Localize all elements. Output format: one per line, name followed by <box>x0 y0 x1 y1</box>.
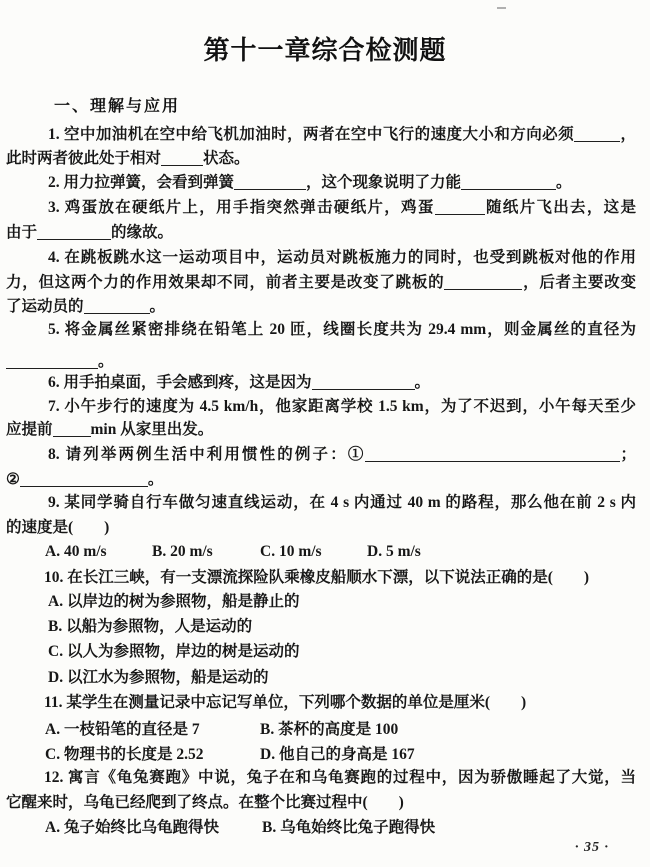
option-item: C. 物理书的长度是 2.52 <box>45 743 203 767</box>
text-segment: 。 <box>556 174 572 191</box>
text-segment: 10. 在长江三峡，有一支漂流探险队乘橡皮船顺水下漂，以下说法正确的是( ) <box>44 569 589 586</box>
option-item: A. 一枝铅笔的直径是 7 <box>45 718 200 742</box>
answer-blank <box>161 163 203 166</box>
text-segment: 由于 <box>6 224 37 241</box>
option-item: A. 40 m/s <box>45 540 107 564</box>
text-line: 2. 用力拉弹簧，会看到弹簧，这个现象说明了力能。 <box>48 171 636 195</box>
text-segment: 2. 用力拉弹簧，会看到弹簧 <box>48 174 234 191</box>
text-line: C. 以人为参照物，岸边的树是运动的 <box>48 640 636 664</box>
option-item: D. 他自己的身高是 167 <box>260 743 415 767</box>
text-line: 4. 在跳板跳水这一运动项目中，运动员对跳板施力的同时，也受到跳板对他的作用 <box>48 246 636 270</box>
text-line: 1. 空中加油机在空中给飞机加油时，两者在空中飞行的速度大小和方向必须， <box>48 123 636 147</box>
text-segment: 应提前 <box>6 421 53 438</box>
text-segment: 力，但这两个力的作用效果却不同，前者主要是改变了跳板的 <box>6 274 444 291</box>
text-line: 的速度是( ) <box>6 516 636 540</box>
text-segment: 4. 在跳板跳水这一运动项目中，运动员对跳板施力的同时，也受到跳板对他的作用 <box>48 249 636 266</box>
scan-artifact-mark <box>497 7 506 9</box>
option-row: A. 一枝铅笔的直径是 7B. 茶杯的高度是 100 <box>0 718 650 742</box>
text-line: 11. 某学生在测量记录中忘记写单位，下列哪个数据的单位是厘米( ) <box>44 691 636 715</box>
text-segment: C. 以人为参照物，岸边的树是运动的 <box>48 643 299 660</box>
text-segment: ，后者主要改变 <box>522 274 636 291</box>
text-segment: 8. 请列举两例生活中利用惯性的例子：① <box>48 446 365 463</box>
text-segment: 。 <box>148 471 164 488</box>
text-segment: ； <box>620 446 636 463</box>
option-item: A. 兔子始终比乌龟跑得快 <box>45 816 219 840</box>
option-item: B. 乌龟始终比兔子跑得快 <box>262 816 435 840</box>
text-segment: 。 <box>98 353 114 370</box>
text-line: 9. 某同学骑自行车做匀速直线运动，在 4 s 内通过 40 m 的路程，那么他… <box>48 491 636 515</box>
text-segment: 状态。 <box>203 150 250 167</box>
text-segment: 随纸片飞出去，这是 <box>485 199 636 216</box>
text-line: ②。 <box>6 468 636 492</box>
text-line: 它醒来时，乌龟已经爬到了终点。在整个比赛过程中( ) <box>6 791 636 815</box>
option-item: D. 5 m/s <box>367 540 421 564</box>
text-line: 力，但这两个力的作用效果却不同，前者主要是改变了跳板的，后者主要改变 <box>6 271 636 295</box>
text-segment: 了运动员的 <box>6 298 84 315</box>
text-segment: A. 以岸边的树为参照物，船是静止的 <box>48 593 299 610</box>
answer-blank <box>234 187 306 190</box>
text-line: 3. 鸡蛋放在硬纸片上，用手指突然弹击硬纸片，鸡蛋随纸片飞出去，这是 <box>48 196 636 220</box>
text-line: 应提前min 从家里出发。 <box>6 418 636 442</box>
text-segment: min 从家里出发。 <box>91 421 214 438</box>
option-row: C. 物理书的长度是 2.52D. 他自己的身高是 167 <box>0 743 650 767</box>
text-segment: ， <box>620 126 636 143</box>
text-line: A. 以岸边的树为参照物，船是静止的 <box>48 590 636 614</box>
text-segment: ，这个现象说明了力能 <box>306 174 461 191</box>
text-segment: 11. 某学生在测量记录中忘记写单位，下列哪个数据的单位是厘米( ) <box>44 694 526 711</box>
text-line: 由于的缘故。 <box>6 221 636 245</box>
text-line: B. 以船为参照物，人是运动的 <box>48 615 636 639</box>
text-line: 10. 在长江三峡，有一支漂流探险队乘橡皮船顺水下漂，以下说法正确的是( ) <box>44 566 636 590</box>
text-segment: 。 <box>150 298 166 315</box>
text-line: 8. 请列举两例生活中利用惯性的例子：①； <box>48 443 636 467</box>
text-segment: 12. 寓言《龟兔赛跑》中说，兔子在和乌龟赛跑的过程中，因为骄傲睡起了大觉，当 <box>44 769 636 786</box>
answer-blank <box>84 311 150 314</box>
answer-blank <box>461 187 556 190</box>
text-segment: B. 以船为参照物，人是运动的 <box>48 618 252 635</box>
option-row: A. 兔子始终比乌龟跑得快B. 乌龟始终比兔子跑得快 <box>0 816 650 840</box>
scanned-test-page: 第十一章综合检测题 一、理解与应用 1. 空中加油机在空中给飞机加油时，两者在空… <box>0 0 650 867</box>
text-line: D. 以江水为参照物，船是运动的 <box>48 666 636 690</box>
text-segment: 5. 将金属丝紧密排绕在铅笔上 20 匝，线圈长度共为 29.4 mm，则金属丝… <box>48 321 636 338</box>
text-line: 5. 将金属丝紧密排绕在铅笔上 20 匝，线圈长度共为 29.4 mm，则金属丝… <box>48 318 636 342</box>
answer-blank <box>312 387 415 390</box>
text-segment: ② <box>6 471 20 488</box>
text-segment: 7. 小午步行的速度为 4.5 km/h，他家距离学校 1.5 km，为了不迟到… <box>48 398 636 415</box>
option-item: B. 20 m/s <box>152 540 213 564</box>
text-segment: 它醒来时，乌龟已经爬到了终点。在整个比赛过程中( ) <box>6 794 404 811</box>
text-segment: 此时两者彼此处于相对 <box>6 150 161 167</box>
text-line: 7. 小午步行的速度为 4.5 km/h，他家距离学校 1.5 km，为了不迟到… <box>48 395 636 419</box>
answer-blank <box>53 434 91 437</box>
text-segment: D. 以江水为参照物，船是运动的 <box>48 669 268 686</box>
answer-blank <box>20 484 148 487</box>
option-row: A. 40 m/sB. 20 m/sC. 10 m/sD. 5 m/s <box>0 540 650 564</box>
answer-blank <box>365 459 620 462</box>
text-segment: 。 <box>415 374 431 391</box>
answer-blank <box>574 139 620 142</box>
text-line: 此时两者彼此处于相对状态。 <box>6 147 636 171</box>
answer-blank <box>37 237 111 240</box>
option-item: B. 茶杯的高度是 100 <box>260 718 398 742</box>
page-number: · 35 · <box>575 840 609 856</box>
page-title: 第十一章综合检测题 <box>0 30 650 67</box>
text-segment: 1. 空中加油机在空中给飞机加油时，两者在空中飞行的速度大小和方向必须 <box>48 126 574 143</box>
text-line: 了运动员的。 <box>6 295 636 319</box>
text-segment: 的速度是( ) <box>6 519 109 536</box>
option-item: C. 10 m/s <box>260 540 322 564</box>
text-segment: 的缘故。 <box>111 224 173 241</box>
text-segment: 6. 用手拍桌面，手会感到疼，这是因为 <box>48 374 312 391</box>
text-segment: 9. 某同学骑自行车做匀速直线运动，在 4 s 内通过 40 m 的路程，那么他… <box>48 494 636 511</box>
text-line: 12. 寓言《龟兔赛跑》中说，兔子在和乌龟赛跑的过程中，因为骄傲睡起了大觉，当 <box>44 766 636 790</box>
answer-blank <box>435 212 485 215</box>
section-heading: 一、理解与应用 <box>54 93 180 116</box>
answer-blank <box>444 287 522 290</box>
answer-blank <box>6 366 98 369</box>
text-line: 6. 用手拍桌面，手会感到疼，这是因为。 <box>48 371 636 395</box>
text-segment: 3. 鸡蛋放在硬纸片上，用手指突然弹击硬纸片，鸡蛋 <box>48 199 435 216</box>
